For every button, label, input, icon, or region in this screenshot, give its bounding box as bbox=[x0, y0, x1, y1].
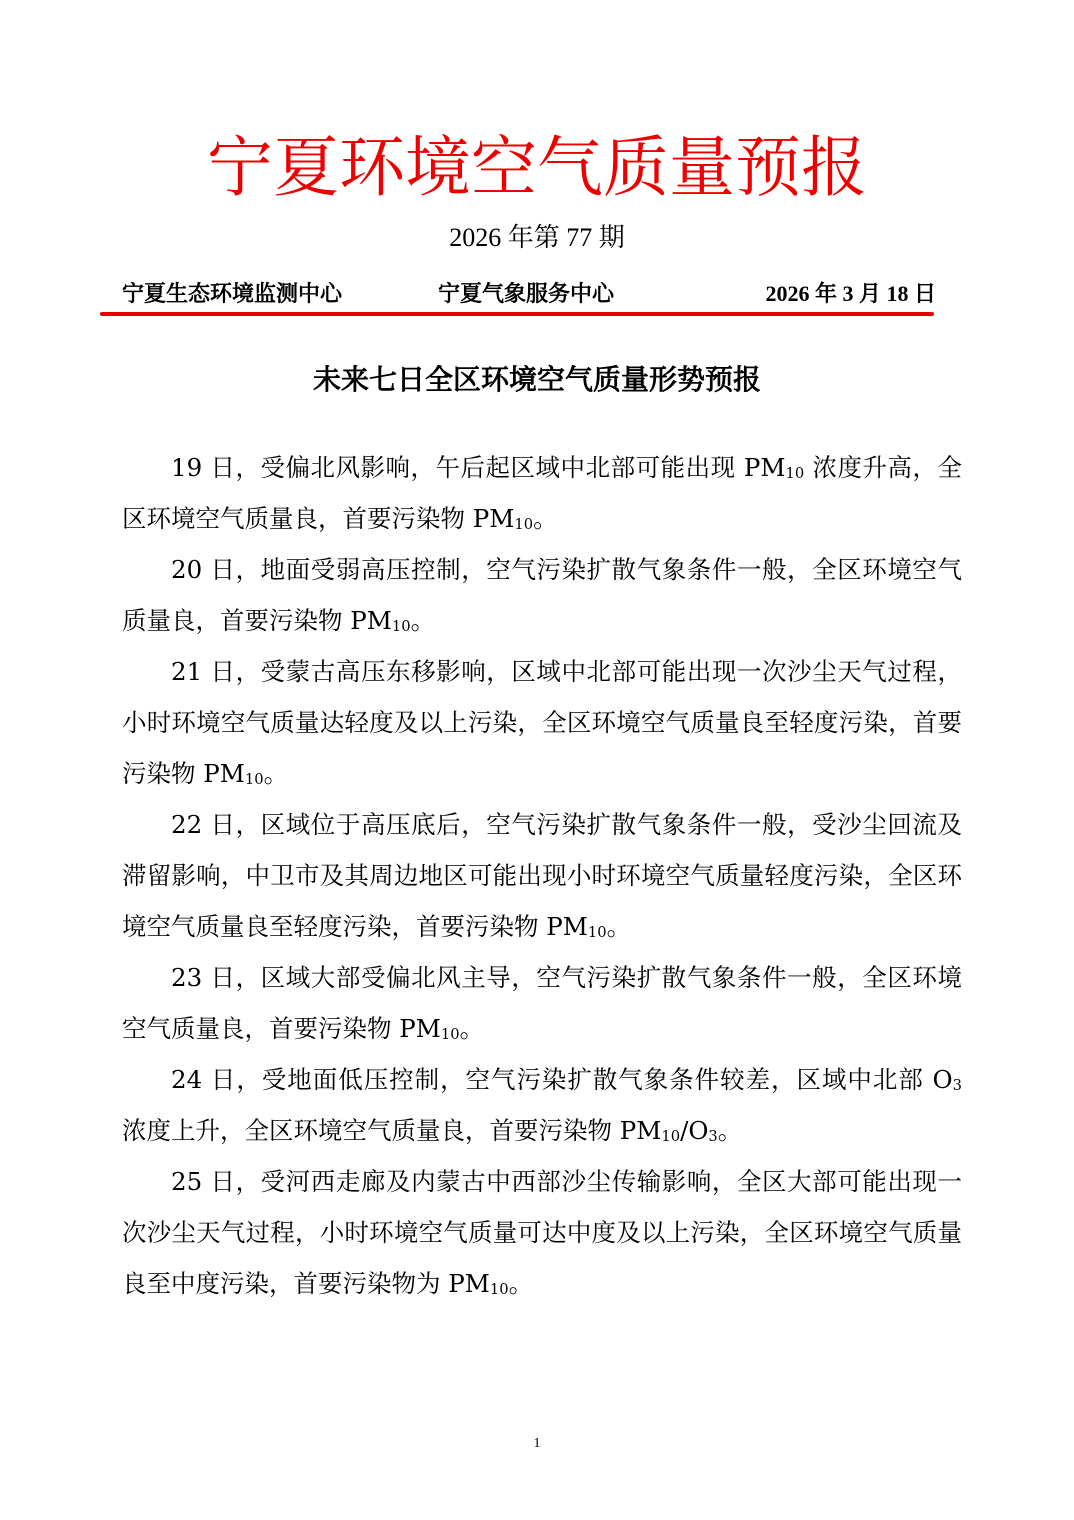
page-number: 1 bbox=[0, 1436, 1074, 1452]
red-divider bbox=[100, 312, 934, 316]
forecast-paragraph-19: 19 日，受偏北风影响，午后起区域中北部可能出现 PM10 浓度升高，全区环境空… bbox=[122, 442, 962, 544]
issuer-meteorology-center: 宁夏气象服务中心 bbox=[438, 278, 614, 310]
issue-number: 2026 年第 77 期 bbox=[0, 220, 1074, 256]
issuer-row: 宁夏生态环境监测中心 宁夏气象服务中心 2026 年 3 月 18 日 bbox=[122, 278, 936, 310]
forecast-paragraph-24: 24 日，受地面低压控制，空气污染扩散气象条件较差，区域中北部 O3 浓度上升，… bbox=[122, 1054, 962, 1156]
forecast-paragraph-22: 22 日，区域位于高压底后，空气污染扩散气象条件一般，受沙尘回流及滞留影响，中卫… bbox=[122, 799, 962, 952]
publish-date: 2026 年 3 月 18 日 bbox=[765, 278, 936, 310]
forecast-body: 19 日，受偏北风影响，午后起区域中北部可能出现 PM10 浓度升高，全区环境空… bbox=[122, 442, 962, 1309]
section-title: 未来七日全区环境空气质量形势预报 bbox=[0, 360, 1074, 400]
document-page: 宁夏环境空气质量预报 2026 年第 77 期 宁夏生态环境监测中心 宁夏气象服… bbox=[0, 0, 1074, 1520]
issuer-ecology-center: 宁夏生态环境监测中心 bbox=[122, 278, 342, 310]
forecast-paragraph-20: 20 日，地面受弱高压控制，空气污染扩散气象条件一般，全区环境空气质量良，首要污… bbox=[122, 544, 962, 646]
forecast-paragraph-25: 25 日，受河西走廊及内蒙古中西部沙尘传输影响，全区大部可能出现一次沙尘天气过程… bbox=[122, 1156, 962, 1309]
forecast-paragraph-21: 21 日，受蒙古高压东移影响，区域中北部可能出现一次沙尘天气过程，小时环境空气质… bbox=[122, 646, 962, 799]
masthead-title: 宁夏环境空气质量预报 bbox=[0, 128, 1074, 208]
forecast-paragraph-23: 23 日，区域大部受偏北风主导，空气污染扩散气象条件一般，全区环境空气质量良，首… bbox=[122, 952, 962, 1054]
